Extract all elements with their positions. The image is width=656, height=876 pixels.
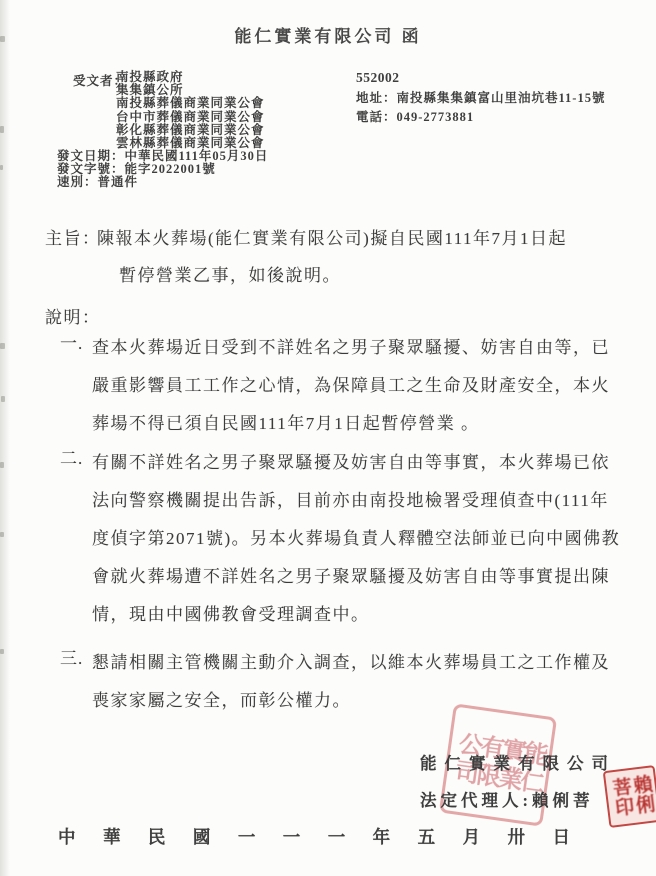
explanation-item-3: 三. 懇請相關主管機關主動介入調查，以維本火葬場員工之工作權及 喪家家屬之安全，…: [60, 644, 626, 720]
explanation-item-1: 一. 查本火葬場近日受到不詳姓名之男子聚眾騷擾、妨害自由等，已 嚴重影響員工工作…: [60, 329, 626, 443]
scanned-letter-page: 能仁實業有限公司 函 受文者： 南投縣政府 集集鎮公所 南投縣葬儀商業同業公會 …: [0, 0, 656, 876]
explanation-item-2: 二. 有關不詳姓名之男子聚眾騷擾及妨害自由等事實，本火葬場已依 法向警察機關提出…: [60, 444, 626, 634]
item-line: 查本火葬場近日受到不詳姓名之男子聚眾騷擾、妨害自由等，已: [92, 329, 626, 367]
sender-phone: 電話：049-2773881: [356, 107, 474, 125]
item-line: 葬場不得已須自民國111年7月1日起暫停營業 。: [92, 405, 626, 443]
item-line: 會就火葬場遭不詳姓名之男子聚眾騷擾及妨害自由等事實提出陳: [92, 558, 626, 596]
scan-artifact: [1, 396, 5, 402]
item-line: 度偵字第2071號)。另本火葬場負責人釋體空法師並已向中國佛教: [92, 520, 626, 558]
doc-code: 552002: [356, 70, 400, 86]
roc-date-line: 中華民國一一一年五月卅日: [58, 824, 570, 849]
item-line: 情，現由中國佛教會受理調查中。: [92, 596, 626, 634]
recipient-list: 南投縣政府 集集鎮公所 南投縣葬儀商業同業公會 台中市葬儀商業同業公會 彰化縣葬…: [116, 71, 265, 150]
item-line: 喪家家屬之安全，而彰公權力。: [92, 682, 626, 720]
item-number: 二.: [60, 444, 83, 469]
personal-seal-text: 賴俐菩印: [609, 774, 656, 820]
recipient: 台中市葬儀商業同業公會: [116, 111, 265, 124]
item-line: 法向警察機關提出告訴，目前亦由南投地檢署受理偵查中(111年: [92, 482, 626, 520]
scan-artifact: [0, 343, 5, 349]
item-number: 一.: [60, 329, 83, 354]
item-line: 有關不詳姓名之男子聚眾騷擾及妨害自由等事實，本火葬場已依: [92, 444, 626, 482]
item-number: 三.: [60, 644, 83, 669]
subject-line: 陳報本火葬場(能仁實業有限公司)擬自民國111年7月1日起: [97, 224, 567, 249]
letter-title: 能仁實業有限公司 函: [0, 22, 656, 47]
scan-artifact: [0, 532, 4, 537]
signature-representative: 法定代理人:賴俐菩: [420, 787, 594, 811]
item-line: 懇請相關主管機關主動介入調查，以維本火葬場員工之工作權及: [92, 644, 626, 682]
subject-label: 主旨：: [45, 224, 101, 249]
priority: 速別：普通件: [57, 172, 138, 190]
recipient: 南投縣葬儀商業同業公會: [116, 97, 265, 110]
scan-artifact: [0, 126, 4, 133]
explanation-label: 說明：: [45, 303, 101, 328]
item-line: 嚴重影響員工工作之心情，為保障員工之生命及財產安全，本火: [92, 367, 626, 405]
scan-artifact: [0, 462, 4, 468]
scan-artifact: [0, 165, 3, 170]
scan-artifact: [0, 649, 4, 654]
personal-seal-stamp: 賴俐菩印: [603, 765, 656, 828]
signature-company: 能仁實業有限公司: [420, 750, 616, 774]
subject-line: 暫停營業乙事，如後說明。: [119, 261, 341, 286]
sender-address: 地址：南投縣集集鎮富山里油坑巷11-15號: [356, 88, 605, 106]
